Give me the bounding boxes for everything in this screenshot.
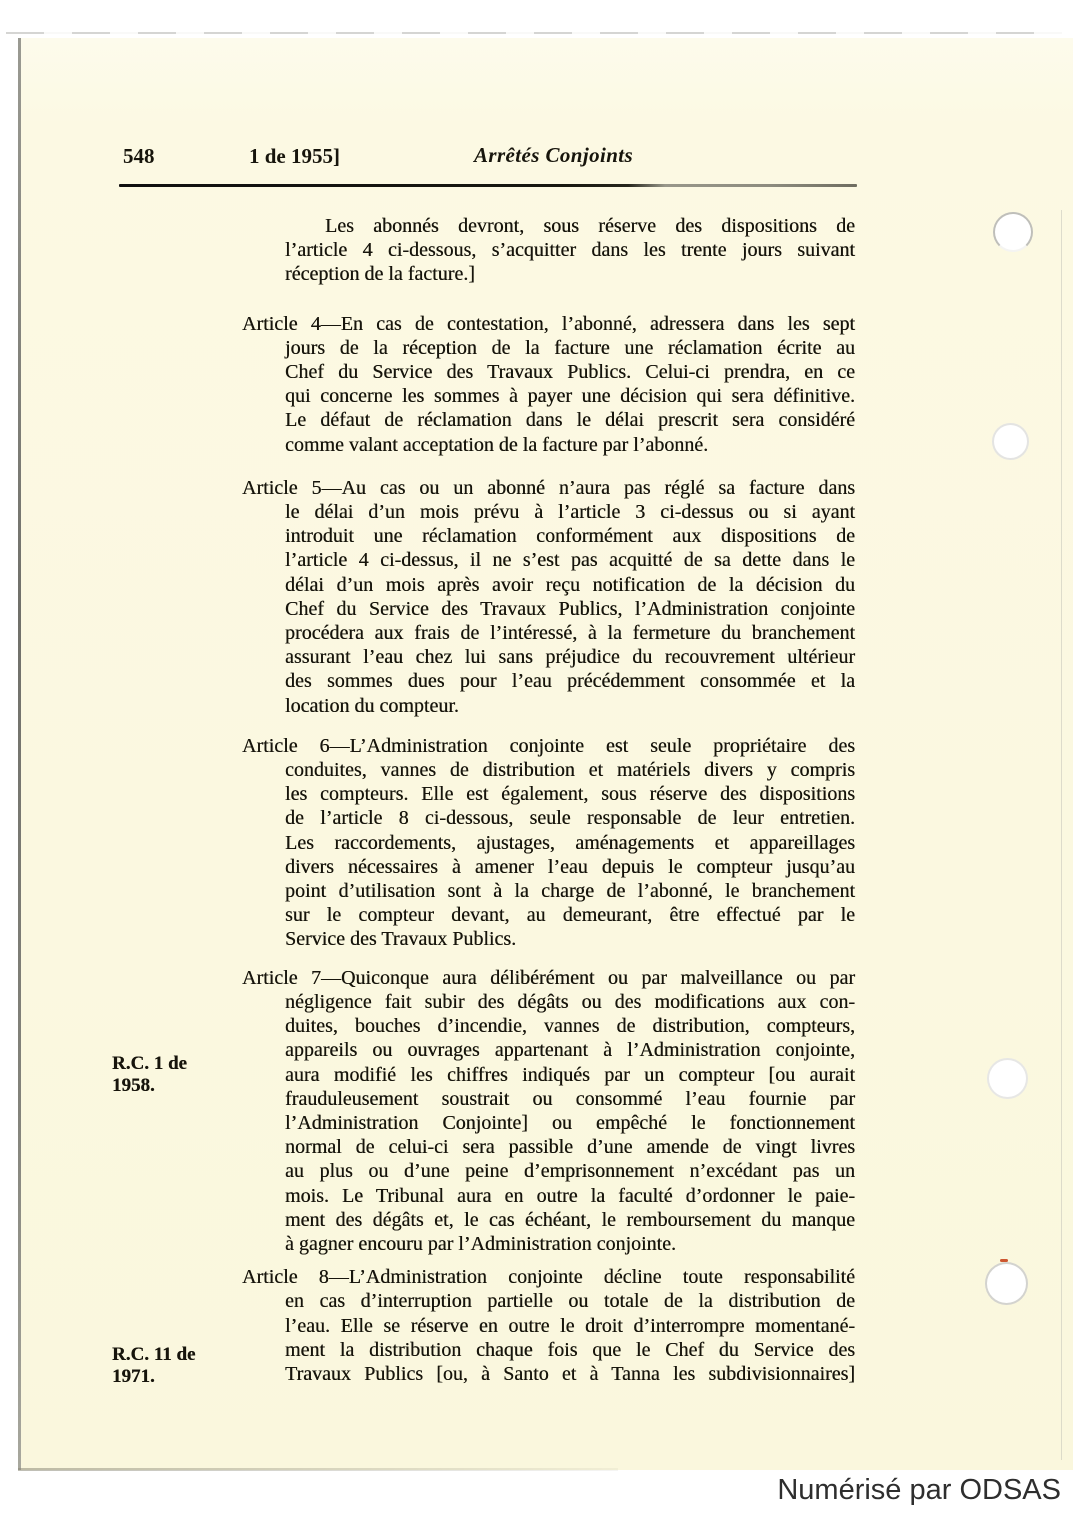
text-line: comme valant acceptation de la facture p… — [242, 433, 855, 457]
issue-reference: 1 de 1955] — [249, 144, 340, 169]
paragraph-4: Article 7—Quiconque aura délibérément ou… — [242, 966, 855, 1256]
punch-hole — [987, 1058, 1028, 1099]
page-right-edge — [1061, 210, 1062, 1460]
text-line: Article 4—En cas de contestation, l’abon… — [242, 312, 855, 336]
margin-note-rc-1958: R.C. 1 de 1958. — [112, 1053, 187, 1097]
text-line: aura modifié les chiffres indiqués par u… — [242, 1063, 855, 1087]
text-line: l’eau. Elle se réserve en outre le droit… — [242, 1314, 855, 1338]
margin-note-line: 1958. — [112, 1075, 187, 1097]
paragraph-1: Article 4—En cas de contestation, l’abon… — [242, 312, 855, 457]
margin-note-line: 1971. — [112, 1366, 195, 1388]
header-rule — [119, 184, 857, 187]
text-line: location du compteur. — [242, 694, 855, 718]
text-line: à gagner encouru par l’Administration co… — [242, 1232, 855, 1256]
text-line: l’Administration Conjointe] ou empêché l… — [242, 1111, 855, 1135]
text-line: assurant l’eau chez lui sans préjudice d… — [242, 645, 855, 669]
text-line: introduit une réclamation conformément a… — [242, 524, 855, 548]
text-line: appareils ou ouvrages appartenant à l’Ad… — [242, 1038, 855, 1062]
paragraph-0: Les abonnés devront, sous réserve des di… — [242, 214, 855, 287]
text-line: Le défaut de réclamation dans le délai p… — [242, 408, 855, 432]
text-line: ment la distribution chaque fois que le … — [242, 1338, 855, 1362]
text-line: duites, bouches d’incendie, vannes de di… — [242, 1014, 855, 1038]
scanned-document: 548 1 de 1955] Arrêtés Conjoints Les abo… — [0, 0, 1073, 1517]
text-line: Article 8—L’Administration conjointe déc… — [242, 1265, 855, 1289]
text-line: sur le compteur devant, au demeurant, êt… — [242, 903, 855, 927]
text-line: Article 5—Au cas ou un abonné n’aura pas… — [242, 476, 855, 500]
page-left-edge — [18, 38, 21, 1470]
page-bottom-shadow — [18, 1468, 618, 1471]
punch-hole — [985, 1262, 1028, 1305]
text-line: procédera aux frais de l’intéressé, à la… — [242, 621, 855, 645]
text-line: Travaux Publics [ou, à Santo et à Tanna … — [242, 1362, 855, 1386]
text-line: des sommes dues pour l’eau précédemment … — [242, 669, 855, 693]
running-title: Arrêtés Conjoints — [474, 143, 633, 168]
text-line: les compteurs. Elle est également, sous … — [242, 782, 855, 806]
page-number: 548 — [123, 144, 155, 169]
text-line: normal de celui-ci sera passible d’une a… — [242, 1135, 855, 1159]
text-line: Les raccordements, ajustages, aménagemen… — [242, 831, 855, 855]
text-line: délai d’un mois après avoir reçu notific… — [242, 573, 855, 597]
punch-hole — [992, 423, 1029, 460]
page-top-edge — [6, 32, 1062, 34]
text-line: en cas d’interruption partielle ou total… — [242, 1289, 855, 1313]
text-line: ment des dégâts et, le cas échéant, le r… — [242, 1208, 855, 1232]
text-line: au plus ou d’une peine d’emprisonnement … — [242, 1159, 855, 1183]
text-line: point d’utilisation sont à la charge de … — [242, 879, 855, 903]
text-line: conduites, vannes de distribution et mat… — [242, 758, 855, 782]
text-line: Les abonnés devront, sous réserve des di… — [242, 214, 855, 238]
text-line: divers nécessaires à amener l’eau depuis… — [242, 855, 855, 879]
text-line: l’article 4 ci-dessous, s’acquitter dans… — [242, 238, 855, 262]
text-line: Article 7—Quiconque aura délibérément ou… — [242, 966, 855, 990]
paragraph-3: Article 6—L’Administration conjointe est… — [242, 734, 855, 952]
text-line: frauduleusement soustrait ou consommé l’… — [242, 1087, 855, 1111]
text-line: mois. Le Tribunal aura en outre la facul… — [242, 1184, 855, 1208]
text-line: jours de la réception de la facture une … — [242, 336, 855, 360]
paragraph-5: Article 8—L’Administration conjointe déc… — [242, 1265, 855, 1386]
text-line: Service des Travaux Publics. — [242, 927, 855, 951]
text-line: négligence fait subir des dégâts ou des … — [242, 990, 855, 1014]
margin-note-line: R.C. 1 de — [112, 1053, 187, 1075]
text-column: Les abonnés devront, sous réserve des di… — [242, 214, 855, 1386]
scan-credit: Numérisé par ODSAS — [777, 1474, 1061, 1507]
text-line: qui concerne les sommes à payer une déci… — [242, 384, 855, 408]
text-line: réception de la facture.] — [242, 262, 855, 286]
margin-note-rc-1971: R.C. 11 de 1971. — [112, 1344, 195, 1388]
paragraph-2: Article 5—Au cas ou un abonné n’aura pas… — [242, 476, 855, 718]
text-line: l’article 4 ci-dessus, il ne s’est pas a… — [242, 548, 855, 572]
punch-hole — [993, 212, 1033, 252]
text-line: de l’article 8 ci-dessous, seule respons… — [242, 806, 855, 830]
text-line: Chef du Service des Travaux Publics. Cel… — [242, 360, 855, 384]
text-line: Chef du Service des Travaux Publics, l’A… — [242, 597, 855, 621]
text-line: le délai d’un mois prévu à l’article 3 c… — [242, 500, 855, 524]
text-line: Article 6—L’Administration conjointe est… — [242, 734, 855, 758]
margin-note-line: R.C. 11 de — [112, 1344, 195, 1366]
